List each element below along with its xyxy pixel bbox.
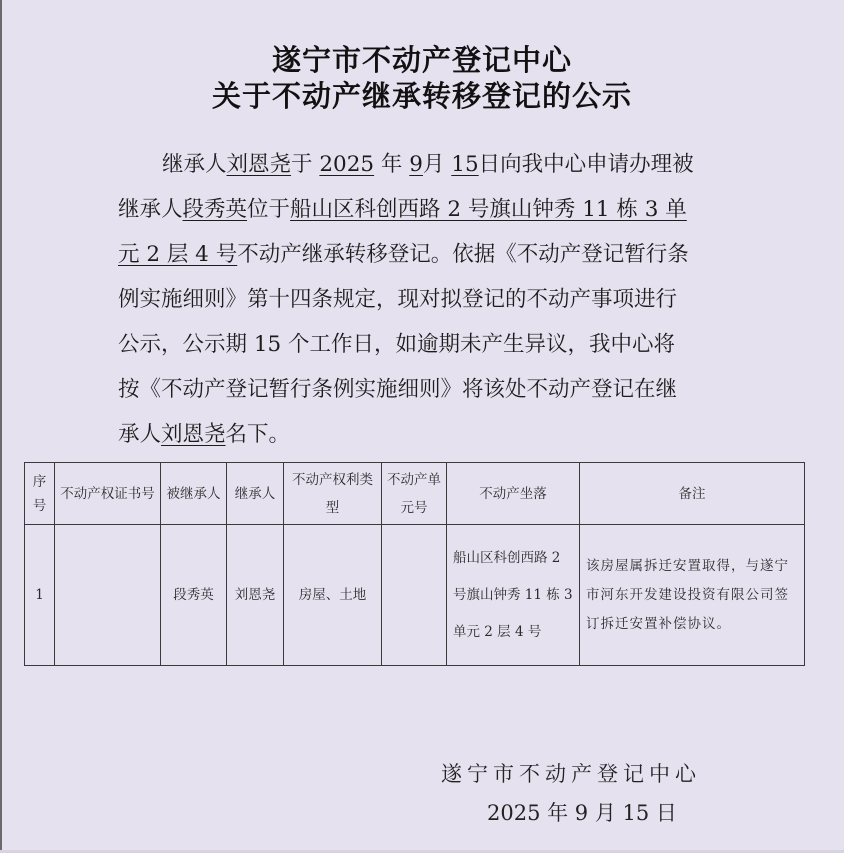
table-header-row: 序号 不动产权证书号 被继承人 继承人 不动产权利类型 不动产单元号 不动产坐落…: [25, 463, 805, 525]
body-line-7: 承人刘恩尧名下。: [118, 412, 718, 457]
application-day: 15: [451, 152, 478, 177]
body-line-5: 公示，公示期 15 个工作日，如逾期未产生异议，我中心将: [118, 322, 718, 367]
cell-right-type: 房屋、土地: [284, 525, 382, 666]
cell-heir: 刘恩尧: [227, 525, 284, 666]
application-month: 9: [409, 152, 423, 177]
header-right-type: 不动产权利类型: [284, 463, 382, 525]
document-page: 遂宁市不动产登记中心 关于不动产继承转移登记的公示 继承人刘恩尧于 2025 年…: [0, 0, 844, 853]
header-location: 不动产坐落: [447, 463, 580, 525]
signature-organization: 遂宁市不动产登记中心: [441, 758, 721, 788]
cell-unit-no: [382, 525, 447, 666]
heir-name-repeat: 刘恩尧: [161, 422, 226, 447]
page-left-edge: [0, 0, 2, 853]
document-title-line2: 关于不动产继承转移登记的公示: [0, 74, 844, 115]
notice-body: 继承人刘恩尧于 2025 年 9月 15日向我中心申请办理被 继承人段秀英位于船…: [118, 142, 718, 457]
signature-date: 2025 年 9 月 15 日: [487, 797, 727, 827]
body-line-3: 元 2 层 4 号不动产继承转移登记。依据《不动产登记暂行条: [118, 232, 718, 277]
cell-decedent: 段秀英: [161, 525, 227, 666]
table-row: 1 段秀英 刘恩尧 房屋、土地 船山区科创西路 2 号旗山钟秀 11 栋 3 单…: [25, 525, 805, 666]
cell-certificate-no: [55, 525, 161, 666]
header-seq: 序号: [25, 463, 55, 525]
heir-name: 刘恩尧: [227, 152, 292, 177]
decedent-name: 段秀英: [183, 197, 248, 222]
application-year: 2025: [319, 152, 374, 177]
body-line-6: 按《不动产登记暂行条例实施细则》将该处不动产登记在继: [118, 367, 718, 412]
property-address-part2: 元 2 层 4 号: [118, 242, 237, 267]
header-heir: 继承人: [227, 463, 284, 525]
header-unit-no: 不动产单元号: [382, 463, 447, 525]
header-decedent: 被继承人: [161, 463, 227, 525]
header-note: 备注: [580, 463, 805, 525]
body-line-2: 继承人段秀英位于船山区科创西路 2 号旗山钟秀 11 栋 3 单: [118, 187, 718, 232]
header-certificate-no: 不动产权证书号: [55, 463, 161, 525]
document-title-line1: 遂宁市不动产登记中心: [0, 38, 844, 79]
body-line-4: 例实施细则》第十四条规定，现对拟登记的不动产事项进行: [118, 277, 718, 322]
body-line-1: 继承人刘恩尧于 2025 年 9月 15日向我中心申请办理被: [118, 142, 718, 187]
cell-seq: 1: [25, 525, 55, 666]
registration-table: 序号 不动产权证书号 被继承人 继承人 不动产权利类型 不动产单元号 不动产坐落…: [24, 462, 805, 666]
cell-note: 该房屋属拆迁安置取得，与遂宁 市河东开发建设投资有限公司签 订拆迁安置补偿协议。: [580, 525, 805, 666]
property-address-part1: 船山区科创西路 2 号旗山钟秀 11 栋 3 单: [290, 197, 687, 222]
cell-location: 船山区科创西路 2 号旗山钟秀 11 栋 3 单元 2 层 4 号: [447, 525, 580, 666]
